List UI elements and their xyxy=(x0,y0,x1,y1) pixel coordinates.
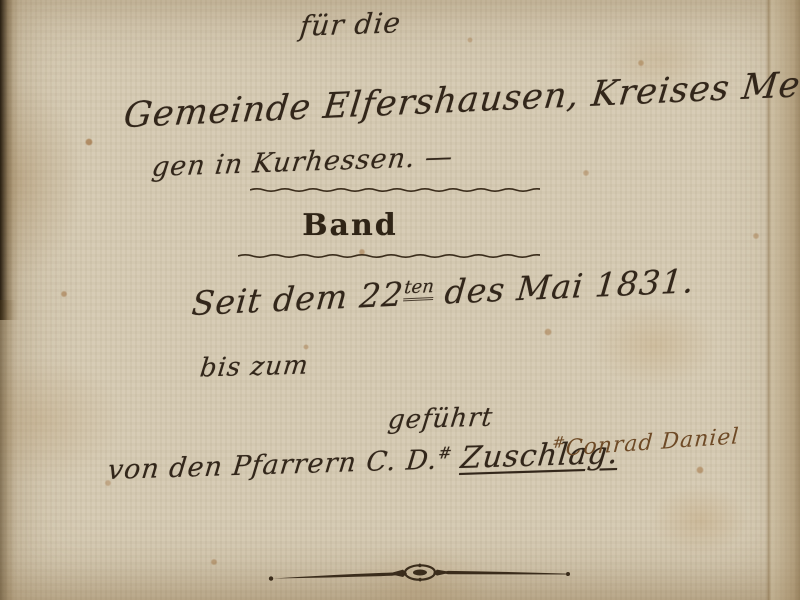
date-line: Seit dem 22ten des Mai 1831. xyxy=(190,261,696,323)
kept-line: geführt xyxy=(386,403,494,436)
pastors-prefix: von den Pfarrern C. D. xyxy=(106,445,439,486)
community-line-1: Gemeinde Elfershausen, Kreises Melsun — xyxy=(122,59,800,136)
marginal-annotation: #Conrad Daniel xyxy=(551,421,740,463)
until-line: bis zum xyxy=(198,351,310,384)
annotation-name: Conrad Daniel xyxy=(565,424,740,461)
insertion-mark: # xyxy=(437,443,453,463)
wavy-rule-bottom xyxy=(238,252,540,260)
volume-label: Band xyxy=(235,208,465,243)
date-ordinal-suffix: ten xyxy=(403,276,435,301)
community-line-2: gen in Kurhessen. — xyxy=(150,141,455,183)
date-prefix: Seit dem 22 xyxy=(190,274,405,323)
annotation-mark: # xyxy=(552,433,567,452)
dedication-line: für die xyxy=(298,6,403,43)
binding-gutter-shadow-top xyxy=(0,0,20,320)
scanned-register-page: für die Gemeinde Elfershausen, Kreises M… xyxy=(0,0,800,600)
pastors-line: von den Pfarrern C. D.# Zuschlag. xyxy=(106,436,621,487)
date-rest: des Mai 1831. xyxy=(431,261,696,312)
wavy-rule-top xyxy=(250,186,540,194)
binding-gutter-shadow-bottom xyxy=(0,300,16,600)
typographic-ornament xyxy=(266,558,574,587)
